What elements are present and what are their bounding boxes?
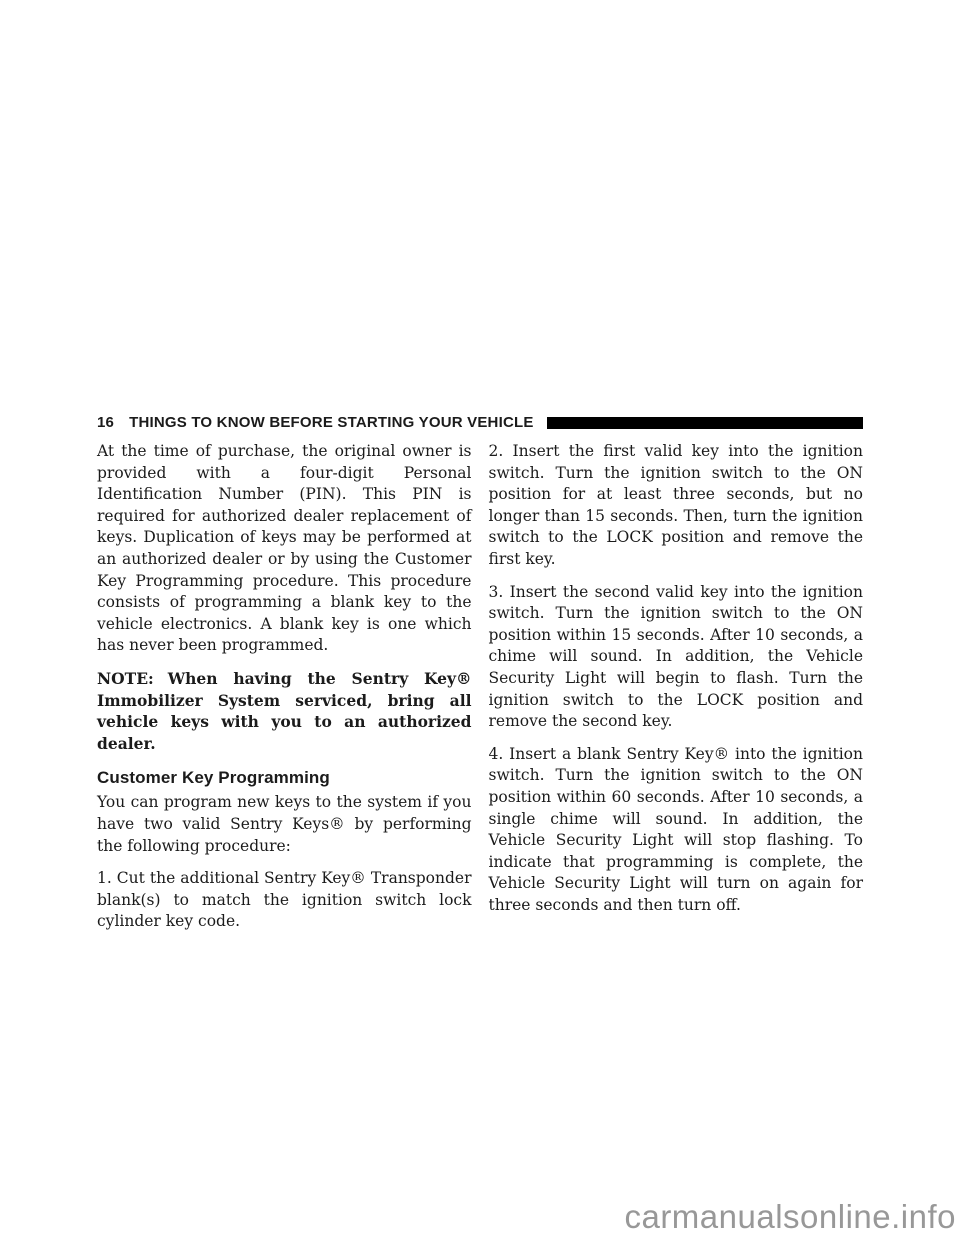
- step-4-paragraph: 4. Insert a blank Sentry Key® into the i…: [489, 744, 864, 917]
- header-rule-bar: [547, 417, 863, 429]
- manual-page: 16 THINGS TO KNOW BEFORE STARTING YOUR V…: [0, 0, 960, 1242]
- right-column: 2. Insert the first valid key into the i…: [489, 441, 864, 944]
- chapter-title: THINGS TO KNOW BEFORE STARTING YOUR VEHI…: [129, 414, 533, 431]
- watermark-text: carmanualsonline.info: [624, 1198, 956, 1236]
- left-column: At the time of purchase, the original ow…: [97, 441, 472, 944]
- note-paragraph: NOTE:When having the Sentry Key® Immobil…: [97, 668, 472, 754]
- two-column-text-block: At the time of purchase, the original ow…: [97, 441, 863, 944]
- section-heading-customer-key-programming: Customer Key Programming: [97, 768, 472, 788]
- step-1-paragraph: 1. Cut the additional Sentry Key® Transp…: [97, 868, 472, 933]
- step-3-paragraph: 3. Insert the second valid key into the …: [489, 582, 864, 733]
- step-2-paragraph: 2. Insert the first valid key into the i…: [489, 441, 864, 571]
- page-number: 16: [97, 414, 114, 431]
- procedure-intro-paragraph: You can program new keys to the system i…: [97, 792, 472, 857]
- page-header: 16 THINGS TO KNOW BEFORE STARTING YOUR V…: [97, 414, 863, 431]
- intro-paragraph: At the time of purchase, the original ow…: [97, 441, 472, 657]
- note-label: NOTE:: [97, 669, 154, 688]
